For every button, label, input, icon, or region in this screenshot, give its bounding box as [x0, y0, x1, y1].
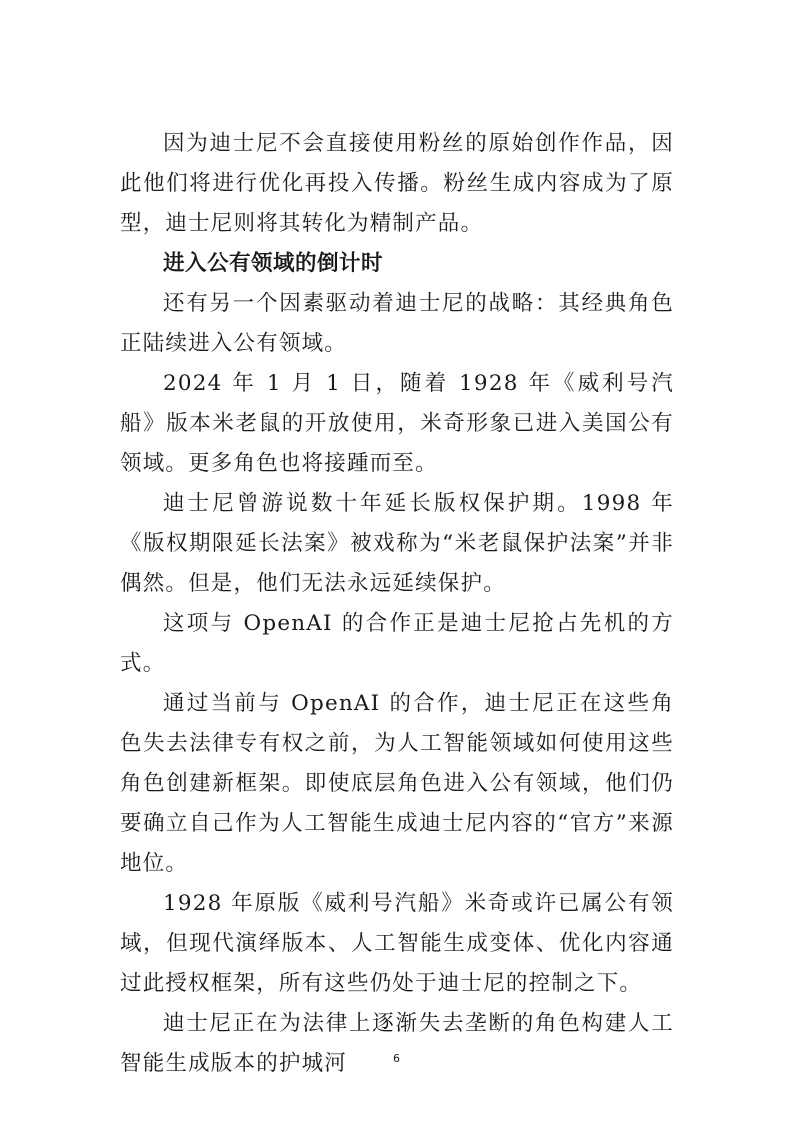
paragraph-mickey-2024: 2024 年 1 月 1 日，随着 1928 年《威利号汽船》版本米老鼠的开放使…: [120, 364, 674, 484]
paragraph-moat: 迪士尼正在为法律上逐渐失去垄断的角色构建人工智能生成版本的护城河: [120, 1004, 674, 1084]
section-heading: 进入公有领域的倒计时: [120, 244, 674, 284]
document-page: 因为迪士尼不会直接使用粉丝的原始创作作品，因此他们将进行优化再投入传播。粉丝生成…: [120, 124, 674, 1084]
paragraph-steamboat-willie: 1928 年原版《威利号汽船》米奇或许已属公有领域，但现代演绎版本、人工智能生成…: [120, 884, 674, 1004]
paragraph-fan-content: 因为迪士尼不会直接使用粉丝的原始创作作品，因此他们将进行优化再投入传播。粉丝生成…: [120, 124, 674, 244]
paragraph-openai-preemption: 这项与 OpenAI 的合作正是迪士尼抢占先机的方式。: [120, 604, 674, 684]
paragraph-openai-framework: 通过当前与 OpenAI 的合作，迪士尼正在这些角色失去法律专有权之前，为人工智…: [120, 684, 674, 884]
page-number: 6: [0, 1052, 793, 1065]
paragraph-copyright-extension: 迪士尼曾游说数十年延长版权保护期。1998 年《版权期限延长法案》被戏称为“米老…: [120, 484, 674, 604]
paragraph-public-domain-factor: 还有另一个因素驱动着迪士尼的战略：其经典角色正陆续进入公有领域。: [120, 284, 674, 364]
